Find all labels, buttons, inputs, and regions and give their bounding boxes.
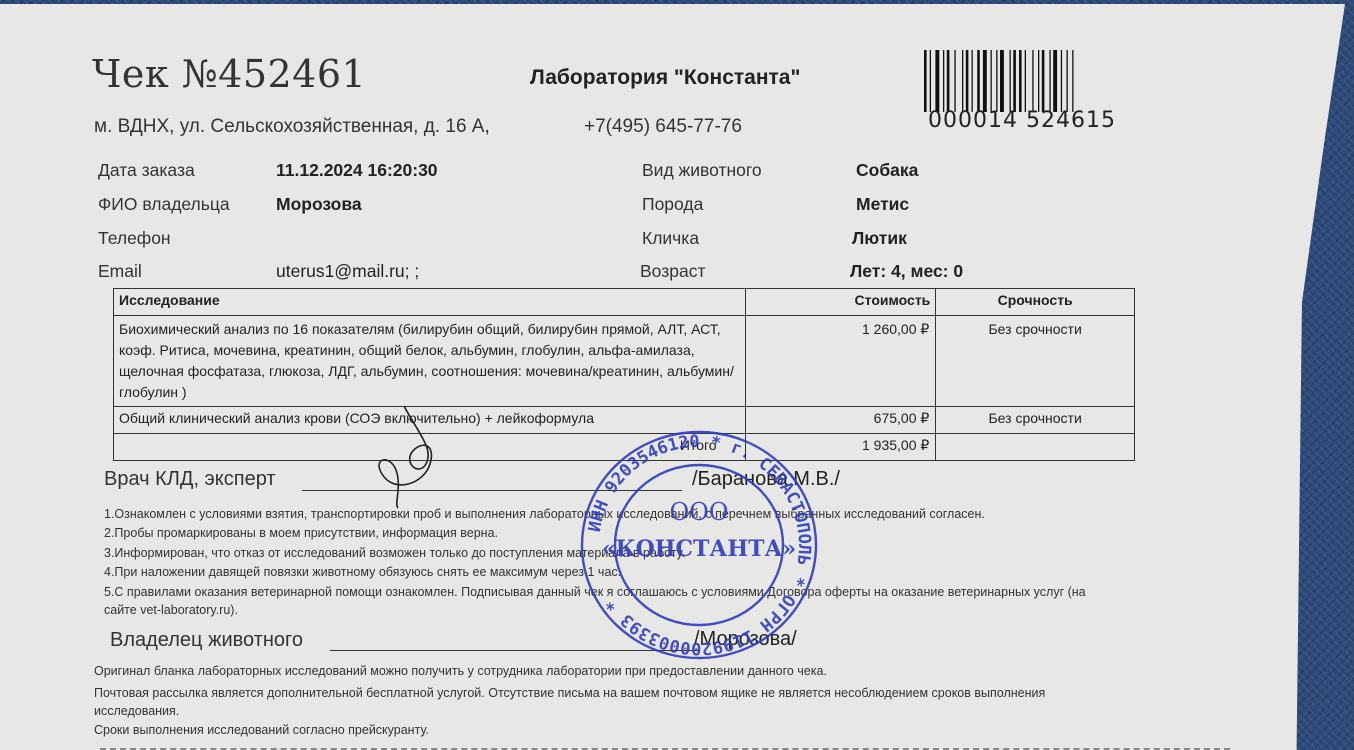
lab-phone: +7(495) 645-77-76	[584, 116, 742, 138]
barcode-icon	[924, 50, 1122, 112]
lab-address: м. ВДНХ, ул. Сельскохозяйственная, д. 16…	[94, 116, 490, 138]
order-date-value: 11.12.2024 16:20:30	[276, 160, 438, 181]
age-label: Возраст	[640, 261, 705, 282]
receipt-paper: Чек №452461 Лаборатория "Константа" м. В…	[0, 4, 1345, 750]
company-stamp-icon: ИНН 9203546120 * г. СЕВАСТОПОЛЬ * ОГРН 1…	[578, 428, 820, 662]
note-2: 2.Пробы промаркированы в моем присутстви…	[104, 526, 498, 540]
note-1: 1.Ознакомлен с условиями взятия, транспо…	[104, 507, 985, 521]
breed-label: Порода	[642, 194, 703, 215]
barcode-number: 000014 524615	[928, 108, 1116, 133]
email-label: Email	[98, 261, 142, 282]
service-urgency: Без срочности	[936, 407, 1135, 434]
receipt-title: Чек №452461	[92, 52, 366, 96]
footer-line-1: Оригинал бланка лабораторных исследовани…	[94, 664, 827, 678]
breed-value: Метис	[856, 194, 909, 215]
phone-label: Телефон	[98, 228, 171, 249]
signature-icon	[364, 404, 454, 510]
order-date-label: Дата заказа	[98, 160, 195, 181]
email-value: uterus1@mail.ru; ;	[276, 261, 419, 282]
service-cost: 1 260,00 ₽	[745, 316, 936, 407]
service-name: Биохимический анализ по 16 показателям (…	[114, 316, 746, 407]
footer-line-3: исследования.	[94, 704, 179, 718]
owner-name-label: ФИО владельца	[98, 194, 230, 215]
footer-line-2: Почтовая рассылка является дополнительно…	[94, 686, 1045, 700]
header-urgency: Срочность	[936, 289, 1135, 316]
doctor-label: Врач КЛД, эксперт	[104, 468, 276, 491]
svg-text:ООО: ООО	[669, 498, 728, 526]
nickname-label: Кличка	[642, 228, 699, 249]
service-urgency: Без срочности	[936, 316, 1135, 407]
table-row: Биохимический анализ по 16 показателям (…	[114, 316, 1135, 407]
owner-name-value: Морозова	[276, 194, 362, 215]
nickname-value: Лютик	[852, 228, 907, 249]
total-empty	[936, 434, 1135, 461]
age-value: Лет: 4, мес: 0	[850, 261, 963, 282]
lab-name: Лаборатория "Константа"	[530, 66, 800, 90]
note-5-cont: сайте vet-laboratory.ru).	[104, 603, 238, 617]
svg-text:«КОНСТАНТА»: «КОНСТАНТА»	[602, 536, 796, 562]
table-header-row: Исследование Стоимость Срочность	[114, 289, 1135, 316]
animal-type-value: Собака	[856, 160, 918, 181]
animal-type-label: Вид животного	[642, 160, 762, 181]
note-4: 4.При наложении давящей повязки животном…	[104, 565, 621, 579]
header-service: Исследование	[114, 289, 746, 316]
header-cost: Стоимость	[745, 289, 936, 316]
footer-line-4: Сроки выполнения исследований согласно п…	[94, 723, 429, 737]
owner-label: Владелец животного	[110, 629, 303, 652]
